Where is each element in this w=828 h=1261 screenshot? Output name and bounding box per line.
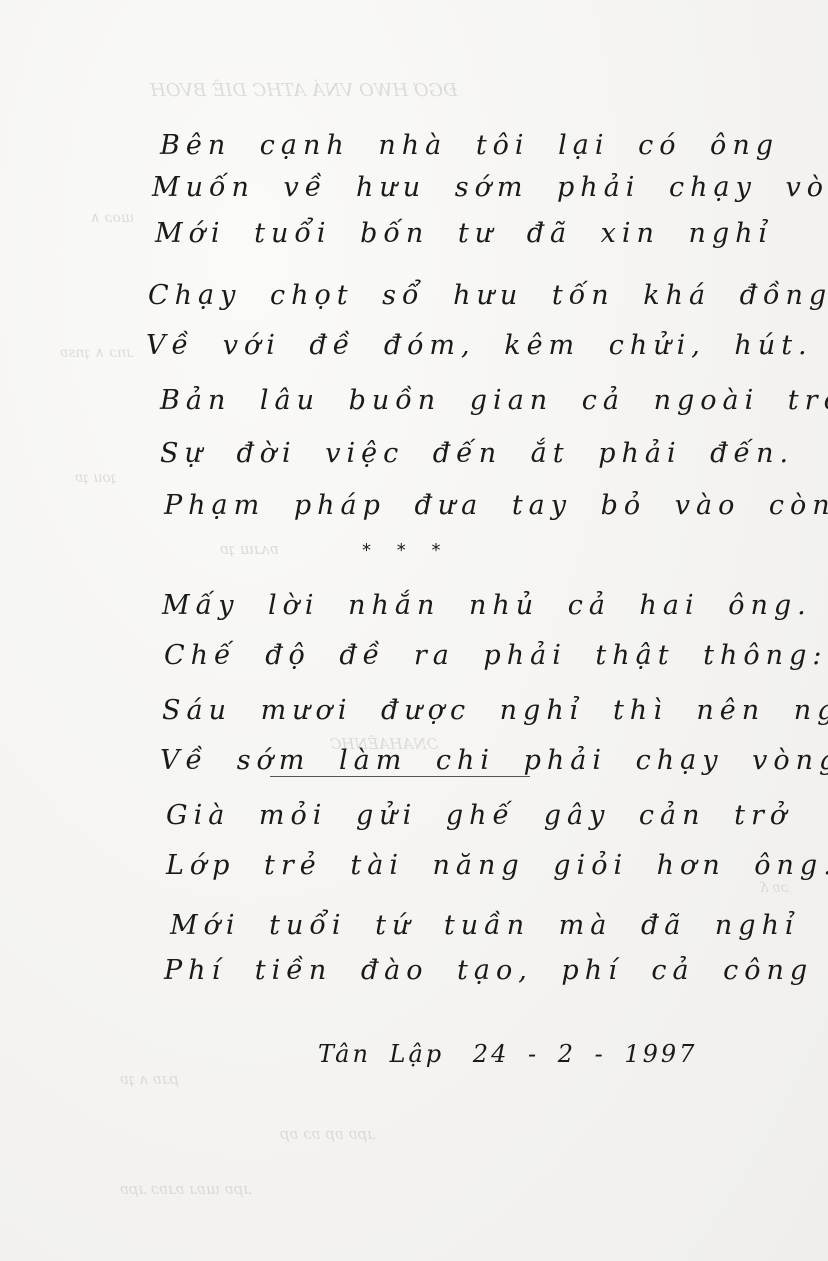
signature-date: 24 - 2 - 1997 (473, 1040, 698, 1068)
signature-place: Tân Lập (318, 1040, 444, 1068)
poem-line: Muốn về hưu sớm phải chạy vòng (152, 172, 828, 203)
poem-line: Về sớm làm chi phải chạy vòng (160, 745, 828, 776)
underline (270, 776, 530, 777)
poem-line: Sáu mươi được nghỉ thì nên nghỉ (162, 695, 828, 726)
stanza-separator: * * * (362, 540, 450, 561)
poem-line: Phạm pháp đưa tay bỏ vào còng (164, 490, 828, 521)
poem-line: Chế độ đề ra phải thật thông: (164, 640, 827, 671)
poem-line: Già mỏi gửi ghế gây cản trở (166, 800, 792, 831)
signature: Tân Lập 24 - 2 - 1997 (318, 1040, 697, 1068)
poem-line: Sự đời việc đến ắt phải đến. (160, 438, 794, 469)
poem-line: Phí tiền đào tạo, phí cả công (164, 955, 813, 986)
poem-line: Lớp trẻ tài năng giỏi hơn ông. (166, 850, 828, 881)
poem-line: Bản lâu buồn gian cả ngoài trong (160, 385, 828, 416)
poem-line: Mới tuổi tứ tuần mà đã nghỉ (170, 910, 800, 941)
poem: Bên cạnh nhà tôi lại có ông Muốn về hưu … (0, 0, 828, 1261)
poem-line: Chạy chọt sổ hưu tốn khá đồng. (148, 280, 828, 311)
poem-line: Về với đề đóm, kêm chửi, hút. (146, 330, 813, 361)
poem-line: Bên cạnh nhà tôi lại có ông (160, 130, 779, 161)
poem-line: Mới tuổi bốn tư đã xin nghỉ (155, 218, 773, 249)
poem-line: Mấy lời nhắn nhủ cả hai ông. (162, 590, 812, 621)
